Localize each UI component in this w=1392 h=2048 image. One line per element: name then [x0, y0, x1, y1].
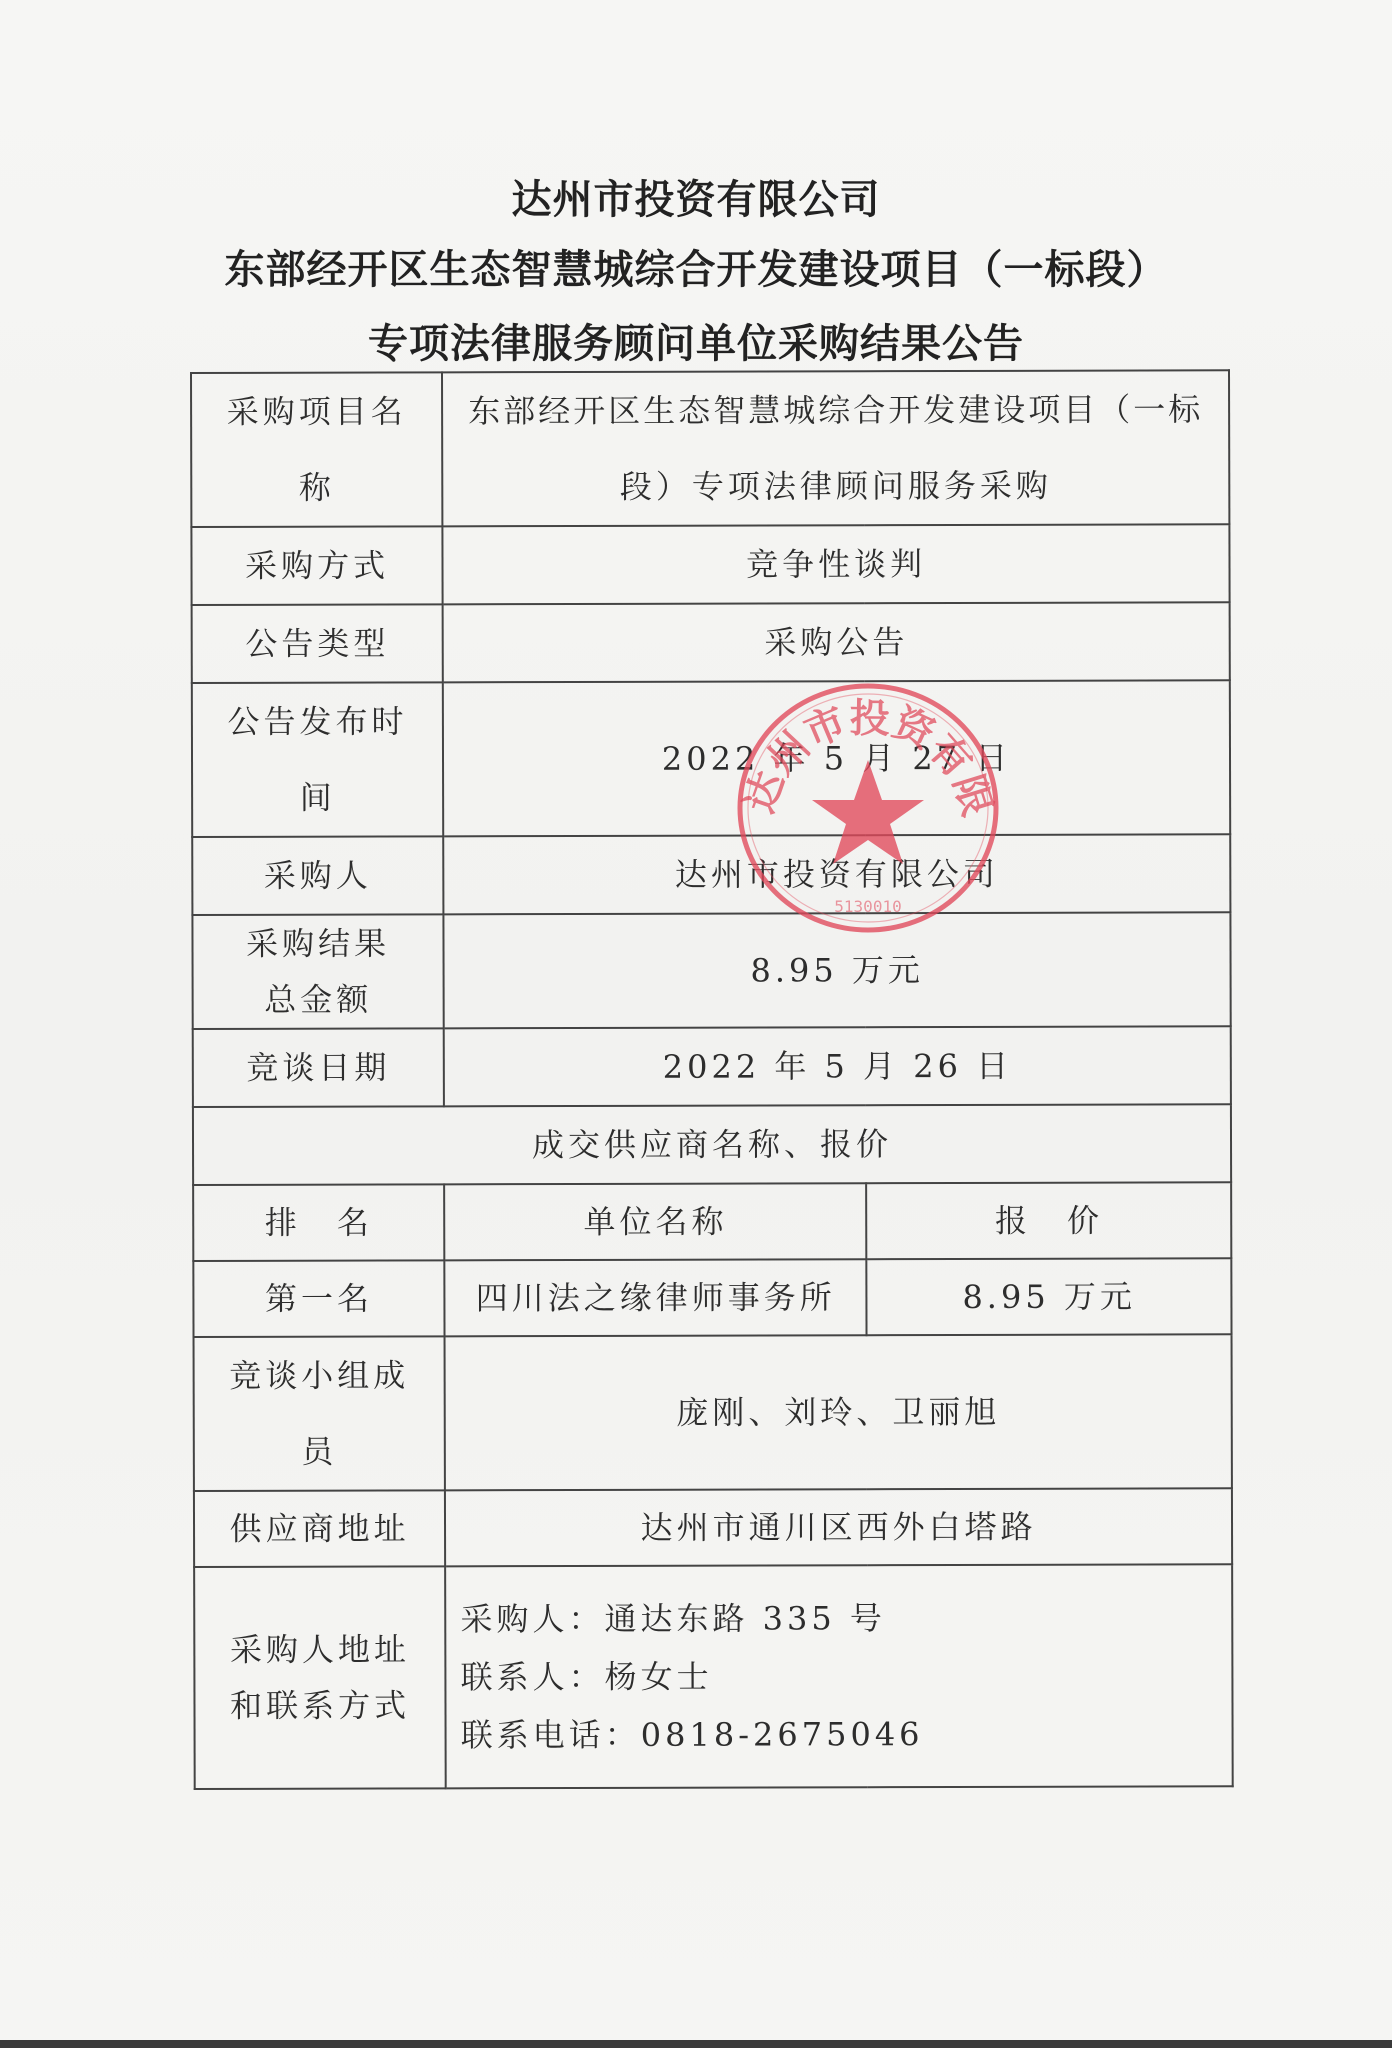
label-purchaser: 采购人 — [192, 836, 443, 915]
row-purchaser: 采购人 达州市投资有限公司 — [192, 834, 1230, 915]
label-total-amount-line1: 采购结果 — [199, 915, 436, 972]
label-cell: 采购结果 总金额 — [192, 914, 443, 1029]
supplier-name: 四川法之缘律师事务所 — [444, 1259, 866, 1336]
row-supplier-headers: 排 名 单位名称 报 价 — [193, 1182, 1231, 1261]
header-price: 报 价 — [867, 1182, 1232, 1259]
project-name-line1: 东部经开区生态智慧城综合开发建设项目（一标 — [449, 371, 1222, 449]
purchaser-address: 采购人：通达东路 335 号 — [460, 1588, 1225, 1648]
value-cell: 采购人：通达东路 335 号 联系人：杨女士 联系电话：0818-2675046 — [445, 1564, 1232, 1788]
announcement-title: 专项法律服务顾问单位采购结果公告 — [0, 312, 1392, 369]
row-publish-time: 公告发布时间 2022 年 5 月 27 日 — [192, 680, 1230, 837]
label-panel-members: 竞谈小组成员 — [219, 1337, 419, 1490]
value-purchaser: 达州市投资有限公司 — [443, 834, 1230, 914]
purchaser-phone: 联系电话：0818-2675046 — [461, 1704, 1226, 1764]
purchaser-contact-person: 联系人：杨女士 — [461, 1646, 1226, 1706]
supplier-row: 第一名 四川法之缘律师事务所 8.95 万元 — [193, 1258, 1231, 1337]
header-rank: 排 名 — [193, 1184, 444, 1261]
value-notice-type: 采购公告 — [443, 602, 1230, 682]
supplier-price: 8.95 万元 — [867, 1258, 1232, 1335]
value-method: 竞争性谈判 — [443, 524, 1230, 604]
project-title: 东部经开区生态智慧城综合开发建设项目（一标段） — [0, 238, 1392, 295]
value-cell: 东部经开区生态智慧城综合开发建设项目（一标 段）专项法律顾问服务采购 — [442, 370, 1229, 526]
label-supplier-address: 供应商地址 — [194, 1490, 445, 1567]
row-panel-members: 竞谈小组成员 庞刚、刘玲、卫丽旭 — [194, 1334, 1232, 1491]
label-cell: 公告发布时间 — [192, 682, 444, 837]
label-method: 采购方式 — [191, 526, 442, 605]
row-project-name: 采购项目名称 东部经开区生态智慧城综合开发建设项目（一标 段）专项法律顾问服务采… — [191, 370, 1229, 527]
supplier-rank: 第一名 — [193, 1260, 444, 1337]
supplier-section-title: 成交供应商名称、报价 — [193, 1104, 1231, 1185]
value-total-amount: 8.95 万元 — [444, 912, 1231, 1028]
company-title: 达州市投资有限公司 — [0, 168, 1392, 225]
label-cell: 竞谈小组成员 — [194, 1336, 446, 1491]
row-total-amount: 采购结果 总金额 8.95 万元 — [192, 912, 1230, 1029]
label-negotiation-date: 竞谈日期 — [193, 1028, 444, 1107]
header-name: 单位名称 — [444, 1183, 866, 1260]
project-name-line2: 段）专项法律顾问服务采购 — [449, 447, 1222, 525]
label-publish-time: 公告发布时间 — [217, 683, 417, 836]
value-supplier-address: 达州市通川区西外白塔路 — [445, 1488, 1232, 1566]
row-supplier-address: 供应商地址 达州市通川区西外白塔路 — [194, 1488, 1232, 1567]
label-notice-type: 公告类型 — [192, 604, 443, 683]
row-method: 采购方式 竞争性谈判 — [191, 524, 1229, 605]
row-purchaser-contact: 采购人地址 和联系方式 采购人：通达东路 335 号 联系人：杨女士 联系电话：… — [194, 1564, 1233, 1789]
label-purchaser-contact-line1: 采购人地址 — [201, 1621, 438, 1678]
label-total-amount-line2: 总金额 — [200, 971, 437, 1028]
label-project-name: 采购项目名称 — [217, 373, 417, 526]
label-cell: 采购项目名称 — [191, 372, 443, 527]
document-page: 达州市投资有限公司 东部经开区生态智慧城综合开发建设项目（一标段） 专项法律服务… — [0, 0, 1392, 2048]
value-publish-time: 2022 年 5 月 27 日 — [443, 680, 1230, 836]
row-negotiation-date: 竞谈日期 2022 年 5 月 26 日 — [193, 1026, 1231, 1107]
label-cell: 采购人地址 和联系方式 — [194, 1566, 446, 1789]
label-purchaser-contact-line2: 和联系方式 — [201, 1677, 438, 1734]
row-notice-type: 公告类型 采购公告 — [192, 602, 1230, 683]
row-supplier-section: 成交供应商名称、报价 — [193, 1104, 1231, 1185]
value-negotiation-date: 2022 年 5 月 26 日 — [444, 1026, 1231, 1106]
procurement-result-table: 采购项目名称 东部经开区生态智慧城综合开发建设项目（一标 段）专项法律顾问服务采… — [190, 369, 1234, 1790]
value-panel-members: 庞刚、刘玲、卫丽旭 — [445, 1334, 1232, 1490]
scan-bottom-edge — [0, 2040, 1392, 2048]
